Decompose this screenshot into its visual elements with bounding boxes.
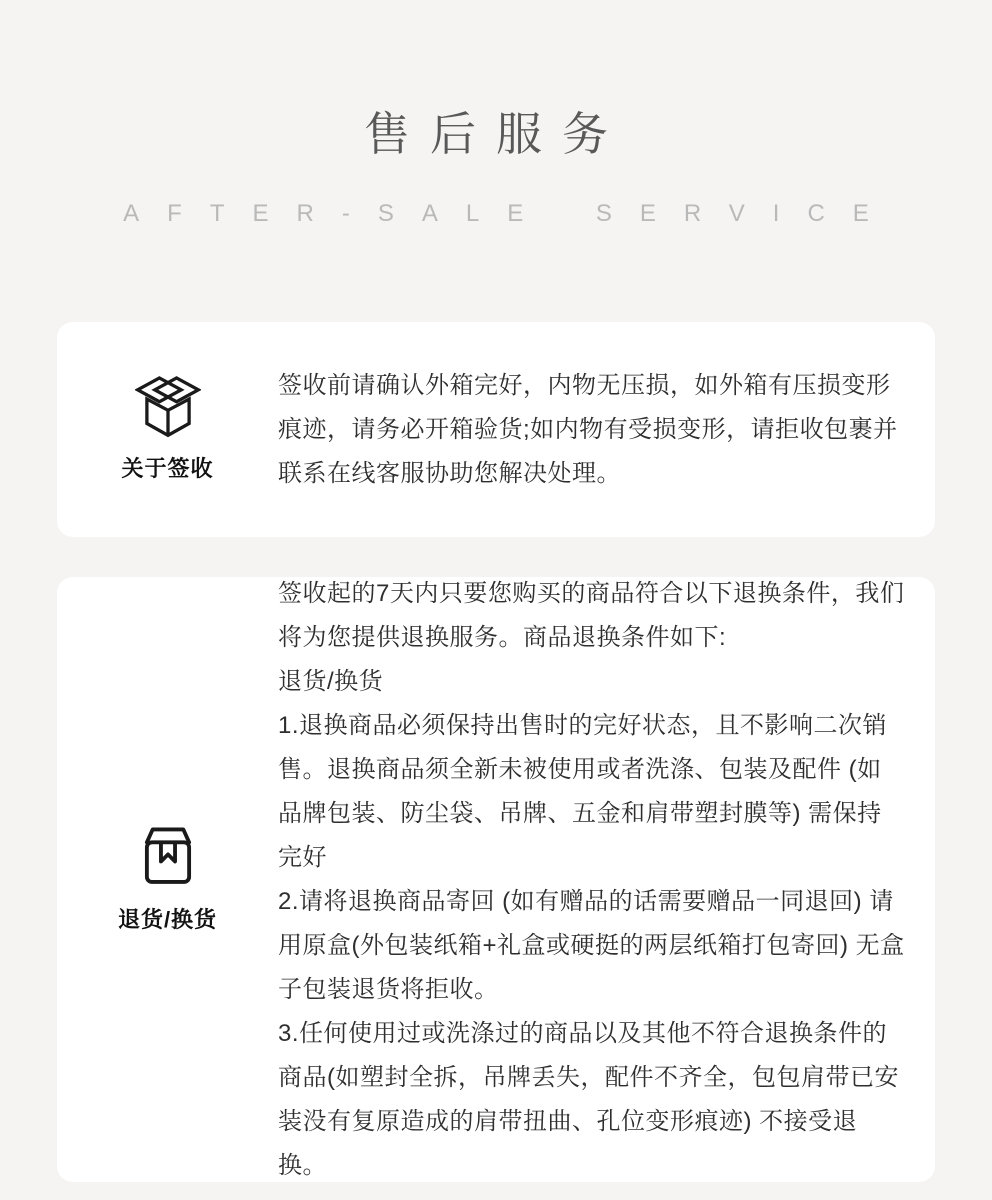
after-sale-service-page: 售后服务 AFTER-SALE SERVICE 关于签收 签收前请确认外箱完好，… xyxy=(0,0,992,1200)
return-subheading-line: 退货/换货 xyxy=(278,660,905,704)
return-exchange-icon-column: 退货/换货 xyxy=(57,825,278,934)
sign-receipt-label: 关于签收 xyxy=(121,452,213,483)
open-box-icon xyxy=(135,376,201,438)
package-return-icon xyxy=(136,825,200,889)
section-return-exchange: 退货/换货 签收起的7天内只要您购买的商品符合以下退换条件，我们将为您提供退换服… xyxy=(57,577,935,1182)
return-exchange-text: 签收起的7天内只要您购买的商品符合以下退换条件，我们将为您提供退换服务。商品退换… xyxy=(278,572,935,1188)
return-exchange-label: 退货/换货 xyxy=(118,903,217,934)
page-title: 售后服务 xyxy=(0,104,992,164)
sign-receipt-icon-column: 关于签收 xyxy=(57,376,278,483)
return-condition-3: 3.任何使用过或洗涤过的商品以及其他不符合退换条件的商品(如塑封全拆，吊牌丢失，… xyxy=(278,1012,905,1188)
return-intro-paragraph: 签收起的7天内只要您购买的商品符合以下退换条件，我们将为您提供退换服务。商品退换… xyxy=(278,572,905,660)
sign-receipt-text: 签收前请确认外箱完好，内物无压损，如外箱有压损变形痕迹，请务必开箱验货;如内物有… xyxy=(278,364,935,496)
return-condition-1: 1.退换商品必须保持出售时的完好状态，且不影响二次销售。退换商品须全新未被使用或… xyxy=(278,704,905,880)
sign-receipt-paragraph: 签收前请确认外箱完好，内物无压损，如外箱有压损变形痕迹，请务必开箱验货;如内物有… xyxy=(278,364,905,496)
return-condition-2: 2.请将退换商品寄回 (如有赠品的话需要赠品一同退回) 请用原盒(外包装纸箱+礼… xyxy=(278,880,905,1012)
page-subtitle: AFTER-SALE SERVICE xyxy=(0,198,992,230)
section-sign-receipt: 关于签收 签收前请确认外箱完好，内物无压损，如外箱有压损变形痕迹，请务必开箱验货… xyxy=(57,322,935,537)
